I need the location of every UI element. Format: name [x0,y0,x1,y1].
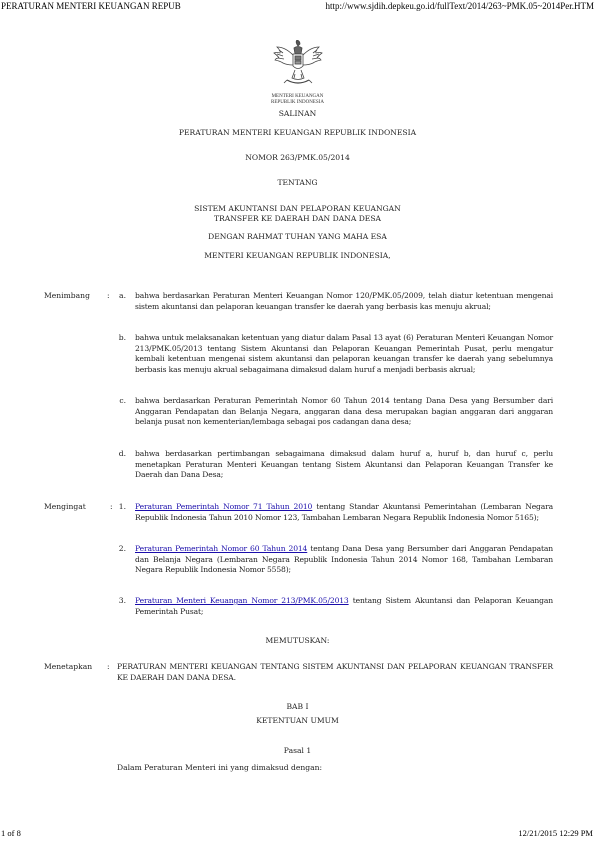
menimbang-colon: : [107,291,110,302]
garuda-emblem-icon [273,40,323,92]
print-header-url: http://www.sjdih.depkeu.go.id/fullText/2… [325,1,594,11]
pp-71-2010-link[interactable]: Peraturan Pemerintah Nomor 71 Tahun 2010 [135,502,312,511]
menetapkan-label: Menetapkan [44,662,92,673]
subject-line-2: TRANSFER KE DAERAH DAN DANA DESA [0,214,595,225]
item-marker: 2. [112,544,126,555]
menimbang-item-a: bahwa berdasarkan Peraturan Menteri Keua… [135,291,553,312]
pasal-intro: Dalam Peraturan Menteri ini yang dimaksu… [117,763,322,774]
menteri-line: MENTERI KEUANGAN REPUBLIK INDONESIA, [0,251,595,262]
menetapkan-colon: : [107,662,110,673]
mengingat-item-3: Peraturan Menteri Keuangan Nomor 213/PMK… [135,596,553,617]
print-footer-page: 1 of 8 [1,828,21,838]
bab-number: BAB I [0,702,595,713]
menimbang-item-d: bahwa berdasarkan pertimbangan sebagaima… [135,449,553,481]
regulation-title: PERATURAN MENTERI KEUANGAN REPUBLIK INDO… [0,128,595,139]
menimbang-label: Menimbang [44,291,90,302]
subject-line-1: SISTEM AKUNTANSI DAN PELAPORAN KEUANGAN [0,204,595,215]
regulation-number: NOMOR 263/PMK.05/2014 [0,153,595,164]
menimbang-item-c: bahwa berdasarkan Peraturan Pemerintah N… [135,396,553,428]
item-marker: c. [112,396,126,407]
mengingat-item-2: Peraturan Pemerintah Nomor 60 Tahun 2014… [135,544,553,576]
pasal-number: Pasal 1 [0,746,595,757]
rahmat-line: DENGAN RAHMAT TUHAN YANG MAHA ESA [0,232,595,243]
tentang-label: TENTANG [0,178,595,189]
item-marker: 1. [112,502,126,513]
menimbang-item-b: bahwa untuk melaksanakan ketentuan yang … [135,333,553,375]
item-marker: b. [112,333,126,344]
item-marker: a. [112,291,126,302]
emblem-caption-republic: REPUBLIK INDONESIA [0,100,595,106]
memutuskan-heading: MEMUTUSKAN: [0,636,595,647]
salinan-label: SALINAN [0,109,595,120]
item-marker: d. [112,449,126,460]
mengingat-label: Mengingat [44,502,86,513]
print-header-title: PERATURAN MENTERI KEUANGAN REPUB [1,1,181,11]
pp-60-2014-link[interactable]: Peraturan Pemerintah Nomor 60 Tahun 2014 [135,544,307,553]
print-footer-datetime: 12/21/2015 12:29 PM [518,828,593,838]
bab-title: KETENTUAN UMUM [0,716,595,727]
menetapkan-text: PERATURAN MENTERI KEUANGAN TENTANG SISTE… [117,662,553,683]
item-marker: 3. [112,596,126,607]
mengingat-item-1: Peraturan Pemerintah Nomor 71 Tahun 2010… [135,502,553,523]
pmk-213-2013-link[interactable]: Peraturan Menteri Keuangan Nomor 213/PMK… [135,596,349,605]
